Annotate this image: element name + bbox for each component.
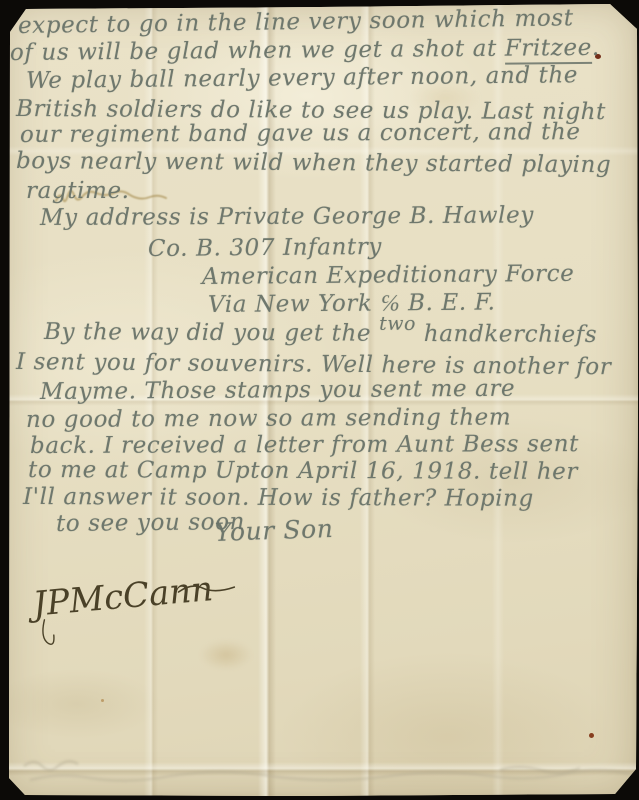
scanned-letter-photo: expect to go in the line very soon which… — [0, 0, 639, 800]
bleed-through-writing — [0, 0, 639, 800]
letter-paper: expect to go in the line very soon which… — [0, 0, 639, 800]
